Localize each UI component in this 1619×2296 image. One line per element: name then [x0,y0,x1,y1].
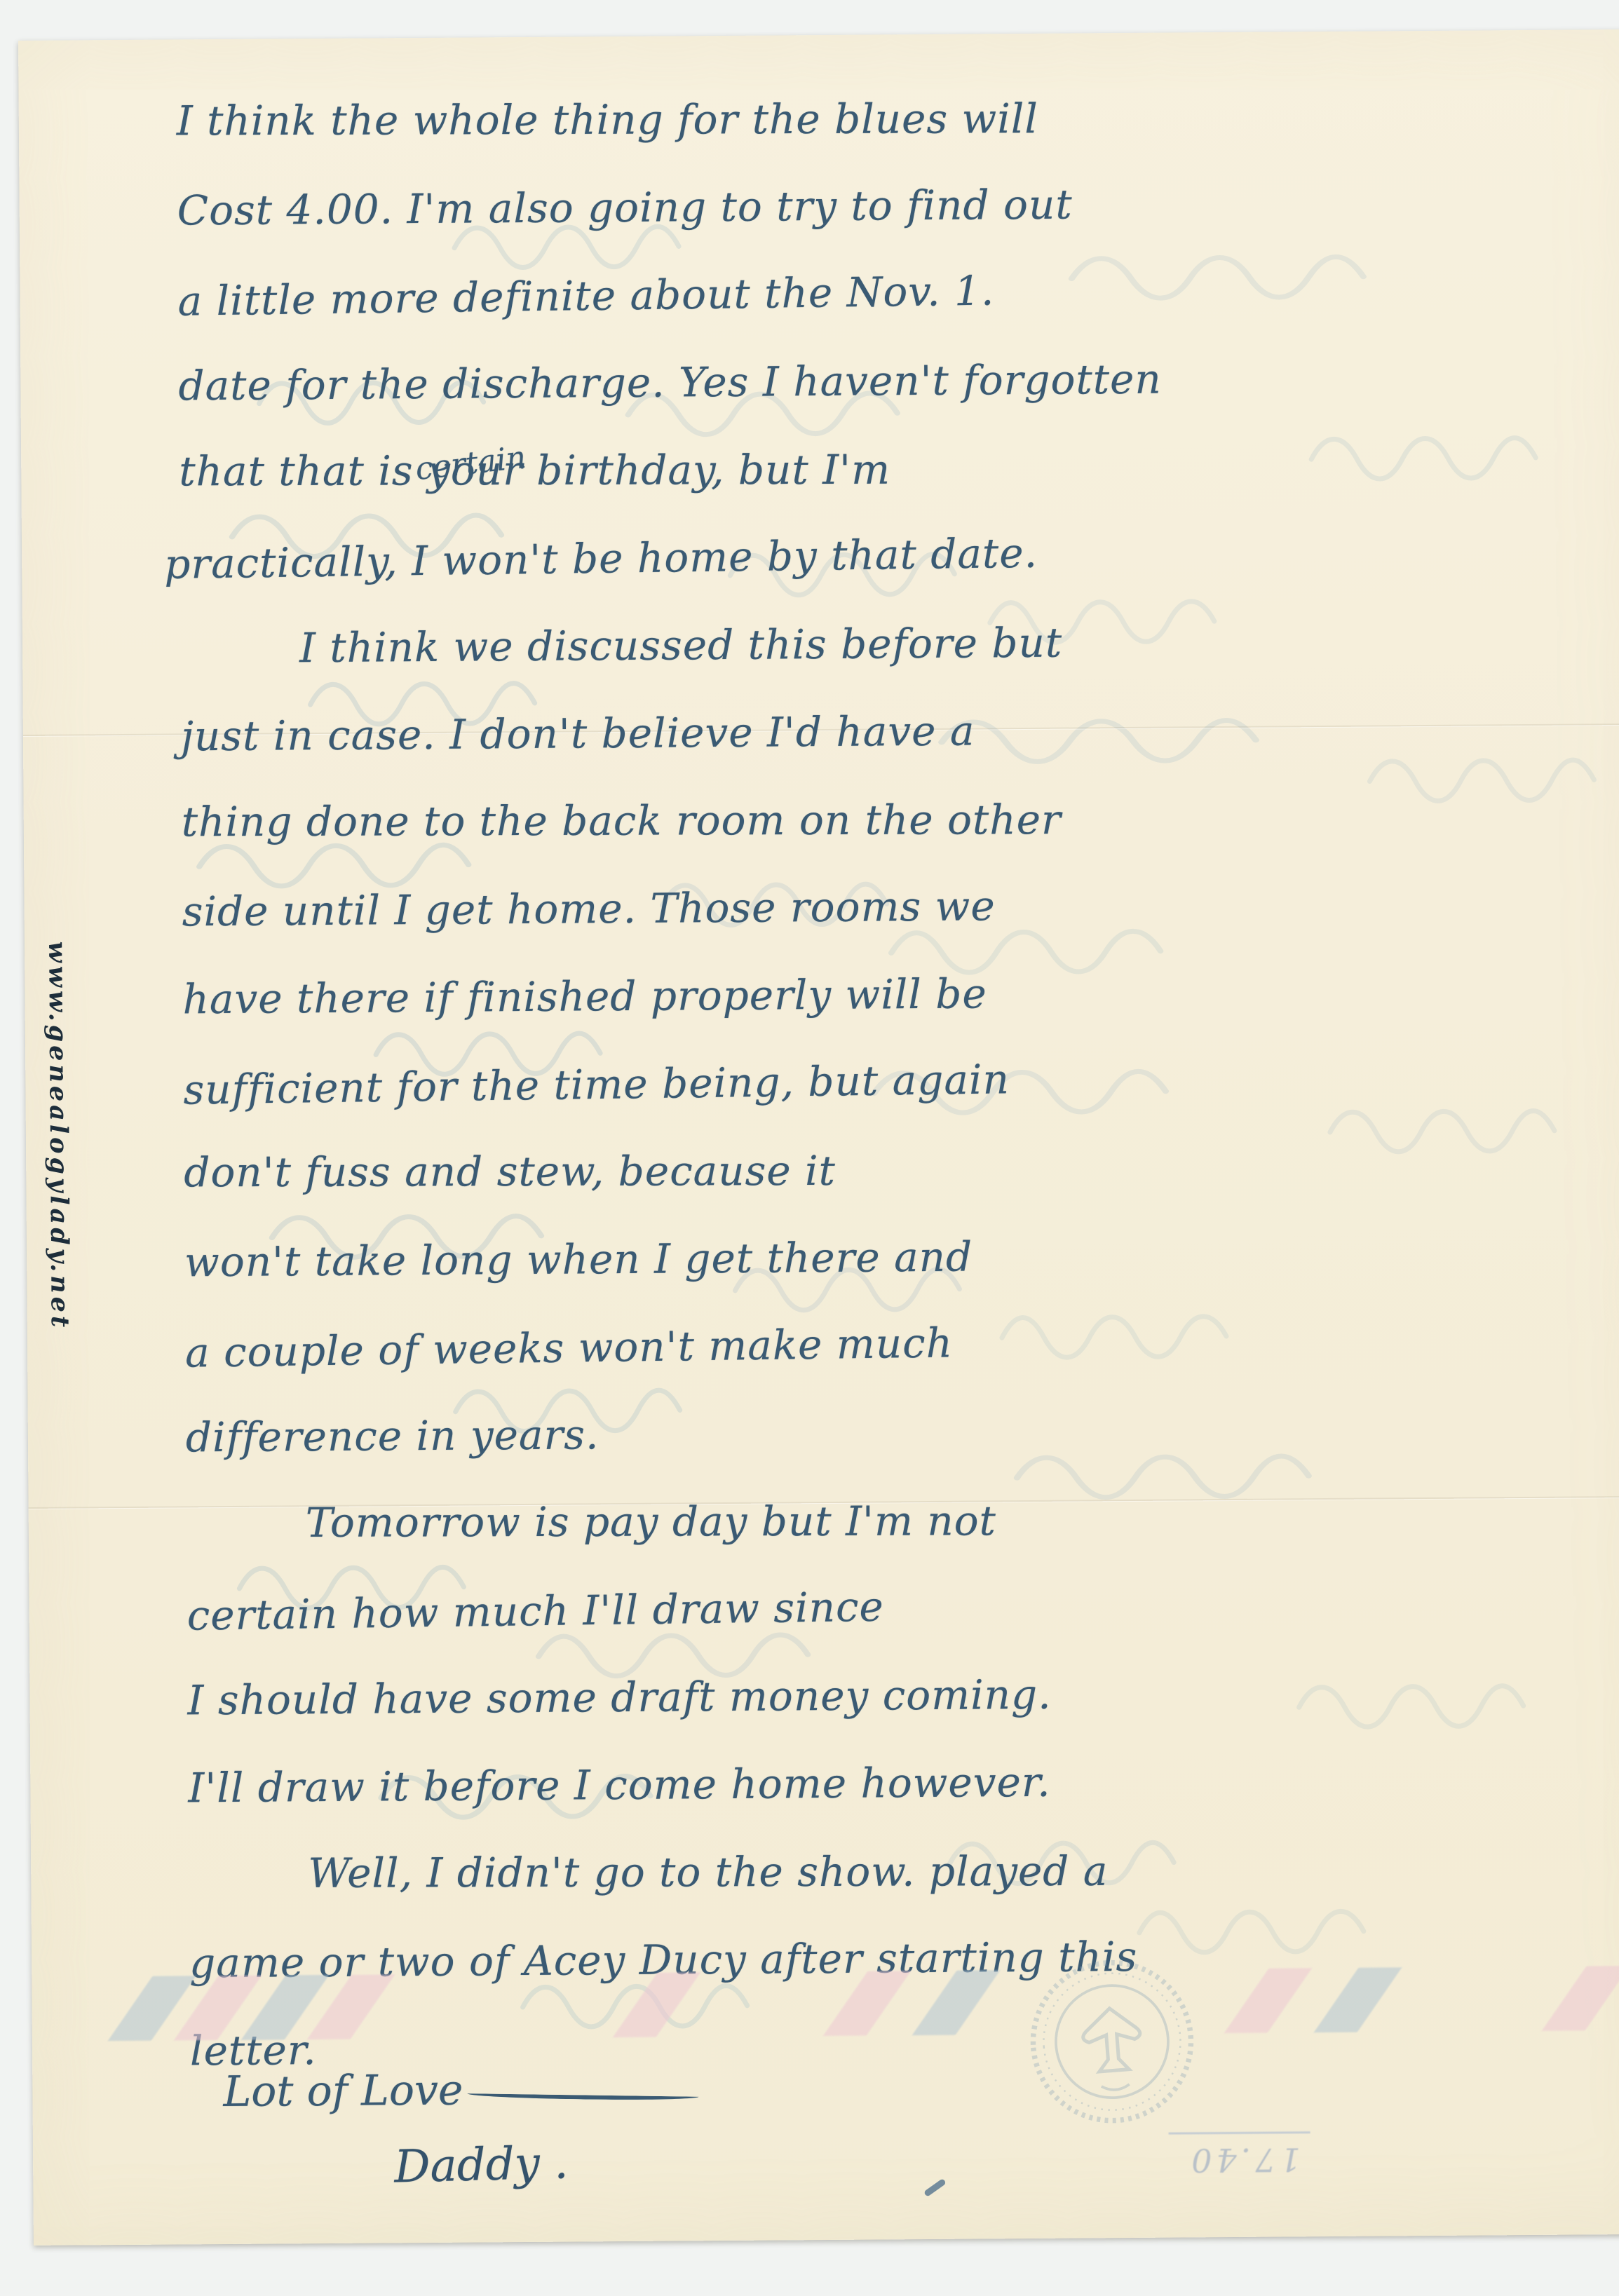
letter-line: I think we discussed this before but [180,599,1164,693]
letter-line: practically, I won't be home by that dat… [163,508,1163,609]
scanned-letter-page: { "page": { "background_color": "#f1f3f2… [0,0,1619,2296]
letter-line: don't fuss and stew, because it [184,1127,1167,1217]
letter-line: a little more definite about the Nov. 1. [177,245,1162,345]
letter-line: side until I get home. Those rooms we [182,862,1165,956]
valediction-text: Lot of Love [223,2066,463,2117]
airmail-stripe [1314,1967,1402,2032]
letter-line: date for the discharge. Yes I haven't fo… [178,336,1162,430]
ink-mark [923,2178,947,2197]
letter-line: Cost 4.00. I'm also going to try to find… [177,161,1160,255]
letter-paper: www.genealogylady.net I think the whole … [18,29,1619,2246]
letter-line: thing done to the back room on the other [182,776,1165,867]
pen-flourish [467,2089,698,2101]
airmail-stripe [1542,1966,1619,2031]
letter-line: have there if finished properly will be [182,949,1166,1044]
letter-line: Tomorrow is pay day but I'm not [187,1477,1170,1568]
letter-line: sufficient for the time being, but again [183,1033,1167,1134]
letter-line: just in case. I don't believe I'd have a [181,686,1165,781]
watermark-text: www.genealogylady.net [43,942,79,2091]
letter-line: difference in years. [185,1387,1169,1482]
eagle-seal-stamp [1018,1948,1206,2135]
letter-line: that that is your birthday, but I'm [179,426,1163,516]
valediction: Lot of Love [223,2064,698,2117]
letter-line: certain how much I'll draw since [187,1559,1171,1659]
airmail-stripe [1224,1968,1313,2033]
letter-line: Well, I didn't go to the show. played a [189,1828,1172,1918]
letter-line: I think the whole thing for the blues wi… [177,75,1160,165]
letter-body: I think the whole thing for the blues wi… [176,73,1173,2095]
pencil-notation: 17.40 [1169,2131,1310,2179]
signature: Daddy . [393,2137,569,2193]
letter-line: a couple of weeks won't make much [184,1296,1169,1397]
letter-line: won't take long when I get there and [184,1212,1168,1307]
letter-line: I should have some draft money coming. [187,1650,1171,1745]
letter-line: I'll draw it before I come home however. [188,1738,1172,1833]
